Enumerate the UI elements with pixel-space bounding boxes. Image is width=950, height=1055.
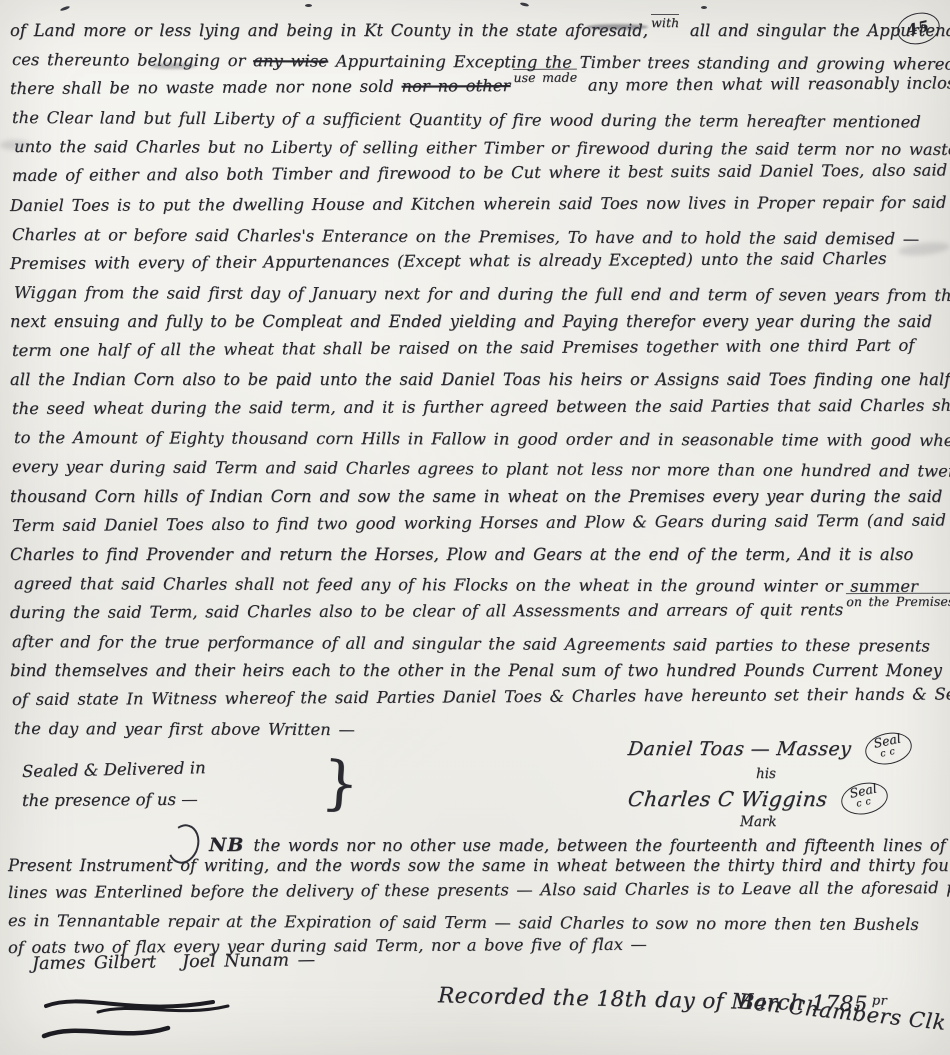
text-segment: there shall be no waste made nor none so… <box>10 77 402 98</box>
text-segment: lines was Enterlined before the delivery… <box>8 878 950 902</box>
attestation-note: Sealed & Delivered in the presence of us… <box>22 757 352 815</box>
text-segment: Wiggan from the said first day of Januar… <box>14 283 950 305</box>
text-segment: bind themselves and their heirs each to … <box>10 661 942 680</box>
attestation-brace: } <box>320 748 362 818</box>
postscript-lines: Present Instrument of writing, and the w… <box>8 852 944 962</box>
signature-row: Charles C Wiggins Seal cc <box>628 783 943 814</box>
handwritten-line: there shall be no waste made nor none so… <box>10 69 942 104</box>
ink-smudge <box>586 24 648 30</box>
text-segment: all and singular the Appurtenan <box>682 21 950 40</box>
handwritten-line: of said state In Witness whereof the sai… <box>12 680 942 715</box>
text-segment: every year during said Term and said Cha… <box>12 457 950 481</box>
ink-speck <box>520 2 529 7</box>
handwritten-line: Daniel Toes is to put the dwelling House… <box>10 187 942 219</box>
handwritten-line: of Land more or less lying and being in … <box>10 16 942 45</box>
deed-body-text: of Land more or less lying and being in … <box>10 16 942 743</box>
handwritten-line: every year during said Term and said Cha… <box>12 452 942 486</box>
handwritten-line: Premises with every of their Appurtenanc… <box>10 243 942 278</box>
handwritten-line: lines was Enterlined before the delivery… <box>8 874 944 906</box>
text-segment: use made <box>513 69 577 85</box>
handwritten-line: Term said Daniel Toes also to find two g… <box>12 505 942 540</box>
text-segment: with <box>651 14 679 30</box>
notary-postscript: NBthe words nor no other use made, betwe… <box>8 824 944 962</box>
text-segment: Charles to find Provender and return the… <box>10 545 913 564</box>
text-segment: nor no other <box>401 76 510 96</box>
witness-signatures: James GilbertJoel Nunam — <box>32 950 341 974</box>
text-segment: thousand Corn hills of Indian Corn and s… <box>10 487 942 506</box>
text-segment: Daniel Toes is to put the dwelling House… <box>10 192 947 214</box>
signature-name: Charles C Wiggins <box>627 787 829 811</box>
text-segment: of said state In Witness whereof the sai… <box>12 684 950 709</box>
handwritten-line: all the Indian Corn also to be paid unto… <box>10 365 942 394</box>
ink-speck <box>305 4 312 7</box>
handwritten-line: made of either and also both Timber and … <box>12 156 942 191</box>
signature-block: Daniel Toas — Massey Seal cc his Charles… <box>628 733 943 830</box>
seal-stamp: Seal cc <box>863 728 916 768</box>
witness-name: James Gilbert <box>32 952 156 974</box>
ink-speck <box>701 6 707 9</box>
handwritten-line: Charles to find Provender and return the… <box>10 540 942 569</box>
text-segment: of Land more or less lying and being in … <box>10 21 648 40</box>
pen-flourish-icon <box>38 988 268 1050</box>
handwritten-line: during the said Term, said Charles also … <box>10 595 942 627</box>
text-segment: Premises with every of their Appurtenanc… <box>10 249 887 273</box>
text-segment: on the Premises <box>846 593 950 609</box>
handwritten-line: to the Amount of Eighty thousand corn Hi… <box>14 423 942 455</box>
ink-smudge <box>150 63 196 69</box>
signature-mark-label: his <box>756 766 943 783</box>
text-segment: the day and year first above Written — <box>14 719 355 739</box>
document-page: 45 of Land more or less lying and being … <box>0 0 950 1055</box>
text-segment: made of either and also both Timber and … <box>12 161 947 186</box>
handwritten-line: Wiggan from the said first day of Januar… <box>14 278 942 310</box>
text-segment: term one half of all the wheat that shal… <box>12 336 915 360</box>
attestation-line: the presence of us — <box>22 784 352 815</box>
seal-stamp: Seal cc <box>839 778 892 818</box>
text-segment: during the said Term, said Charles also … <box>10 600 843 622</box>
handwritten-line: after and for the true performance of al… <box>12 627 942 661</box>
text-segment: any wise <box>253 51 328 70</box>
signature-name: Daniel Toas — Massey <box>627 738 853 760</box>
text-segment: to the Amount of Eighty thousand corn Hi… <box>14 428 950 450</box>
text-segment: the seed wheat during the said term, and… <box>12 396 950 418</box>
ink-smudge <box>0 140 30 150</box>
text-segment: next ensuing and fully to be Compleat an… <box>10 312 932 331</box>
text-segment: Term said Daniel Toes also to find two g… <box>12 510 946 535</box>
ink-speck <box>60 5 70 11</box>
text-segment: any more then what will reasonably inclo… <box>580 74 950 95</box>
handwritten-line: NBthe words nor no other use made, betwe… <box>168 824 944 852</box>
handwritten-line: the seed wheat during the said term, and… <box>12 391 942 423</box>
attestation-line: Sealed & Delivered in <box>22 750 353 786</box>
witness-name: Joel Nunam — <box>182 950 315 972</box>
signature-row: Daniel Toas — Massey Seal cc <box>628 733 943 764</box>
text-segment: the Clear land but full Liberty of a suf… <box>12 108 921 131</box>
text-segment: agreed that said Charles shall not feed … <box>14 574 918 596</box>
text-segment: after and for the true performance of al… <box>12 632 930 655</box>
text-segment: Present Instrument of writing, and the w… <box>8 856 950 875</box>
handwritten-line: term one half of all the wheat that shal… <box>12 331 942 366</box>
text-segment: all the Indian Corn also to be paid unto… <box>10 370 950 389</box>
text-segment: ces thereunto belonging or <box>12 50 253 70</box>
